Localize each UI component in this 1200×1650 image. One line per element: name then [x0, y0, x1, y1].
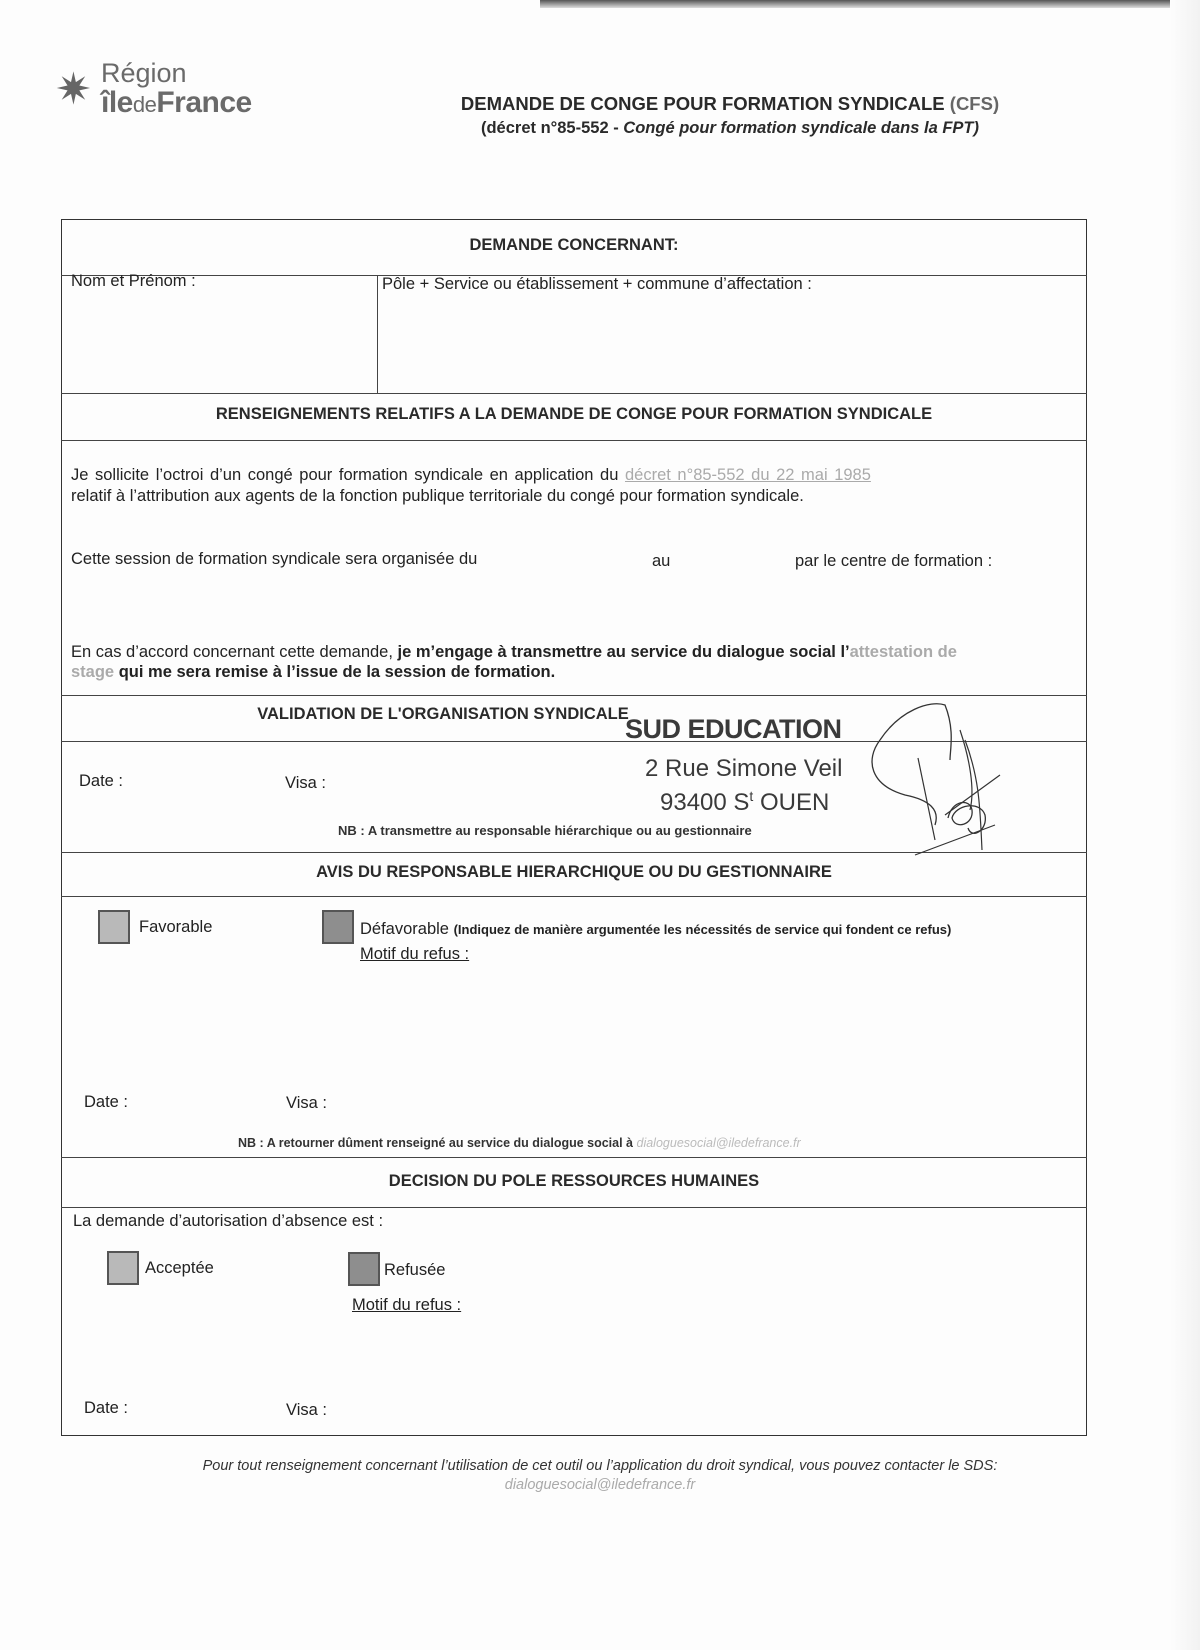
star-icon: ✷ [55, 68, 92, 112]
service-label: Pôle + Service ou établissement + commun… [382, 275, 812, 294]
service-field[interactable] [380, 298, 1080, 390]
avis-motif-label: Motif du refus : [360, 945, 469, 964]
avis-nb: NB : A retourner dûment renseigné au ser… [238, 1136, 801, 1150]
acceptee-label: Acceptée [145, 1259, 214, 1278]
request-paragraph-line1: Je sollicite l’octroi d’un congé pour fo… [71, 466, 871, 485]
validation-date-field[interactable] [130, 768, 270, 792]
engagement-line2: stage qui me sera remise à l’issue de la… [71, 663, 555, 682]
training-center-field[interactable] [70, 578, 1080, 633]
defavorable-note: (Indiquez de manière argumentée les néce… [454, 922, 952, 937]
divider [61, 896, 1087, 897]
section-header-demande: DEMANDE CONCERNANT: [61, 236, 1087, 255]
decision-motif-field[interactable] [350, 1318, 1070, 1398]
document-title: DEMANDE DE CONGE POUR FORMATION SYNDICAL… [380, 93, 1080, 115]
defavorable-label: Défavorable (Indiquez de manière argumen… [360, 920, 951, 939]
name-field[interactable] [64, 295, 374, 390]
signature [860, 700, 1010, 860]
dialogue-social-email-link[interactable]: dialoguesocial@iledefrance.fr [637, 1136, 801, 1150]
acceptee-checkbox[interactable] [107, 1251, 139, 1285]
divider [61, 440, 1087, 441]
name-label: Nom et Prénom : [71, 272, 196, 291]
refusee-label: Refusée [384, 1261, 445, 1280]
refusee-checkbox[interactable] [348, 1252, 380, 1286]
scan-shadow-right [1170, 0, 1200, 1650]
avis-date-label: Date : [84, 1093, 128, 1112]
defavorable-checkbox[interactable] [322, 910, 354, 944]
divider [61, 695, 1087, 696]
region-logo: ✷ Région îledeFrance [55, 58, 295, 123]
favorable-checkbox[interactable] [98, 910, 130, 944]
section-header-avis: AVIS DU RESPONSABLE HIERARCHIQUE OU DU G… [61, 863, 1087, 882]
footer-email-link[interactable]: dialoguesocial@iledefrance.fr [100, 1477, 1100, 1493]
column-divider [377, 275, 378, 393]
decision-date-label: Date : [84, 1399, 128, 1418]
session-end-field[interactable] [680, 548, 790, 570]
validation-visa-label: Visa : [285, 774, 326, 793]
section-header-renseignements: RENSEIGNEMENTS RELATIFS A LA DEMANDE DE … [61, 405, 1087, 424]
avis-motif-field[interactable] [358, 968, 1078, 1068]
session-label: Cette session de formation syndicale ser… [71, 550, 477, 569]
training-center-label: par le centre de formation : [795, 552, 992, 571]
decision-visa-label: Visa : [286, 1401, 327, 1420]
scan-shadow-top [540, 0, 1200, 8]
divider [61, 393, 1087, 394]
logo-idf-text: îledeFrance [101, 86, 252, 120]
engagement-line1: En cas d’accord concernant cette demande… [71, 643, 957, 662]
section-header-decision: DECISION DU POLE RESSOURCES HUMAINES [61, 1172, 1087, 1191]
session-au-label: au [652, 552, 670, 571]
attestation-link[interactable]: attestation de [850, 643, 957, 661]
footer-text: Pour tout renseignement concernant l’uti… [100, 1458, 1100, 1474]
document-subtitle: (décret n°85-552 - Congé pour formation … [380, 119, 1080, 138]
session-start-field[interactable] [530, 548, 640, 570]
decision-question: La demande d’autorisation d’absence est … [73, 1212, 383, 1231]
avis-visa-label: Visa : [286, 1094, 327, 1113]
divider [61, 1207, 1087, 1208]
decision-motif-label: Motif du refus : [352, 1296, 461, 1315]
union-stamp-street: 2 Rue Simone Veil [645, 755, 842, 783]
union-stamp-city: 93400 St OUEN [660, 788, 829, 817]
request-paragraph-line2: relatif à l’attribution aux agents de la… [71, 487, 804, 506]
decree-link[interactable]: décret n°85-552 du 22 mai 1985 [625, 466, 871, 484]
favorable-label: Favorable [139, 918, 212, 937]
validation-nb: NB : A transmettre au responsable hiérar… [338, 823, 752, 838]
union-stamp-name: SUD EDUCATION [625, 714, 842, 745]
validation-date-label: Date : [79, 772, 123, 791]
divider [61, 1157, 1087, 1158]
logo-region-text: Région [101, 58, 187, 89]
